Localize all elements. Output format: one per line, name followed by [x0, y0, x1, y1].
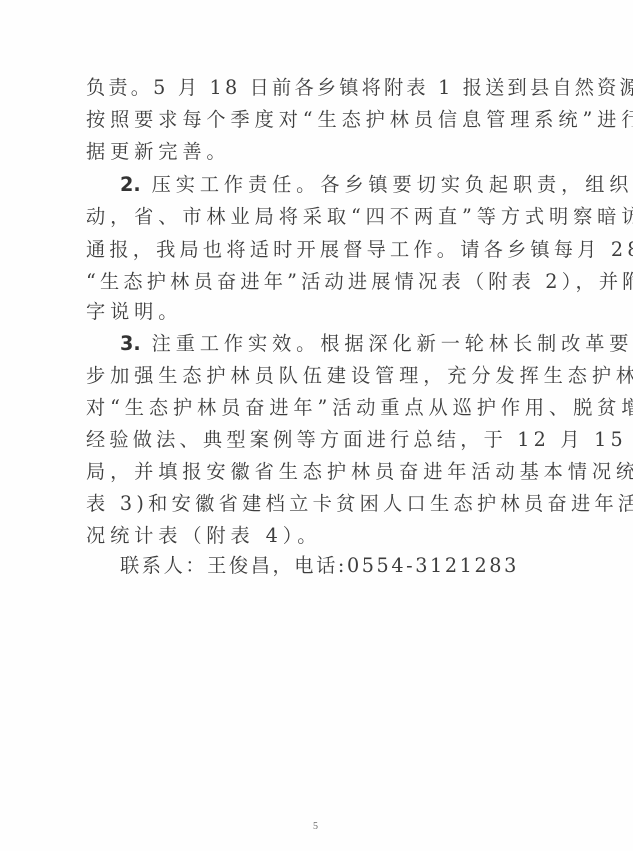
scan-speck	[606, 82, 608, 84]
text-line: 对“生态护林员奋进年”活动重点从巡护作用、脱贫增收致富、	[86, 396, 556, 420]
text-line: 据更新完善。	[86, 140, 556, 164]
text-line: 况统计表（附表 4）。	[86, 524, 556, 548]
text-line: 动，省、市林业局将采取“四不两直”等方式明察暗访，印发	[86, 205, 556, 229]
text-line: 局，并填报安徽省生态护林员奋进年活动基本情况统计表（附	[86, 460, 556, 484]
contact-line: 联系人：王俊昌，电话:0554-3121283	[120, 554, 590, 578]
item-2-heading-line: 2. 压实工作责任。各乡镇要切实负起职责，组织开展好活	[120, 173, 590, 197]
item-3-heading-line: 3. 注重工作实效。根据深化新一轮林长制改革要求，进一	[120, 332, 590, 356]
text-line: 表 3)和安徽省建档立卡贫困人口生态护林员奋进年活动基本情	[86, 492, 556, 516]
text-line: “生态护林员奋进年”活动进展情况表（附表 2），并附简要文	[86, 270, 556, 294]
item-3-first-line: 注重工作实效。根据深化新一轮林长制改革要求，进一	[152, 332, 633, 355]
document-page: 负责。5 月 18 日前各乡镇将附表 1 报送到县自然资源和规划局。 按照要求每…	[0, 0, 633, 851]
item-2-first-line: 压实工作责任。各乡镇要切实负起职责，组织开展好活	[152, 173, 633, 196]
text-line: 按照要求每个季度对“生态护林员信息管理系统”进行一次数	[86, 108, 556, 132]
text-line: 经验做法、典型案例等方面进行总结，于 12 月 15 日前报送我	[86, 428, 556, 452]
item-number: 2.	[120, 173, 141, 196]
page-number: 5	[313, 821, 318, 832]
item-number: 3.	[120, 332, 141, 355]
text-line: 字说明。	[86, 300, 556, 324]
text-line: 步加强生态护林员队伍建设管理，充分发挥生态护林员作用。	[86, 364, 556, 388]
text-line: 通报，我局也将适时开展督导工作。请各乡镇每月 28 日前报送	[86, 238, 556, 262]
text-line: 负责。5 月 18 日前各乡镇将附表 1 报送到县自然资源和规划局。	[86, 76, 556, 100]
